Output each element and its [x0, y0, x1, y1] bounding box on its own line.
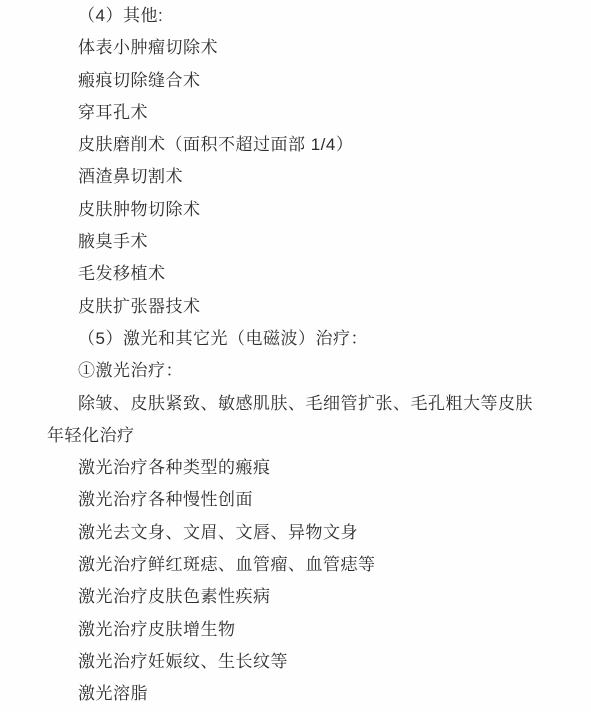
text-line-item: 激光治疗各种慢性创面	[47, 484, 577, 516]
text-line-item: 皮肤扩张器技术	[47, 291, 577, 323]
text-line-item: 激光治疗皮肤色素性疾病	[47, 581, 577, 613]
text-line-continuation: 年轻化治疗	[47, 420, 577, 452]
text-line-item: 激光治疗皮肤增生物	[47, 614, 577, 646]
text-line-item: 激光去文身、文眉、文唇、异物文身	[47, 517, 577, 549]
text-line-item: 皮肤磨削术（面积不超过面部 1/4）	[47, 129, 577, 161]
document-body: （4）其他:体表小肿瘤切除术瘢痕切除缝合术穿耳孔术皮肤磨削术（面积不超过面部 1…	[0, 0, 591, 711]
text-line-item: 激光治疗各种类型的瘢痕	[47, 452, 577, 484]
text-line-item: 穿耳孔术	[47, 97, 577, 129]
text-line-item: 激光治疗妊娠纹、生长纹等	[47, 646, 577, 678]
text-line-item: 激光治疗鲜红斑痣、血管瘤、血管痣等	[47, 549, 577, 581]
text-line-item: 体表小肿瘤切除术	[47, 32, 577, 64]
document-page: （4）其他:体表小肿瘤切除术瘢痕切除缝合术穿耳孔术皮肤磨削术（面积不超过面部 1…	[0, 0, 591, 712]
text-line-sub-heading: ①激光治疗：	[47, 355, 577, 387]
text-line-section-heading: （5）激光和其它光（电磁波）治疗：	[47, 323, 577, 355]
text-line-item: 皮肤肿物切除术	[47, 194, 577, 226]
text-line-item: 激光溶脂	[47, 678, 577, 710]
text-line-item: 除皱、皮肤紧致、敏感肌肤、毛细管扩张、毛孔粗大等皮肤	[47, 388, 577, 420]
text-line-section-heading: （4）其他:	[47, 0, 577, 32]
text-line-item: 毛发移植术	[47, 258, 577, 290]
text-line-item: 腋臭手术	[47, 226, 577, 258]
text-line-item: 酒渣鼻切割术	[47, 161, 577, 193]
text-line-item: 瘢痕切除缝合术	[47, 65, 577, 97]
